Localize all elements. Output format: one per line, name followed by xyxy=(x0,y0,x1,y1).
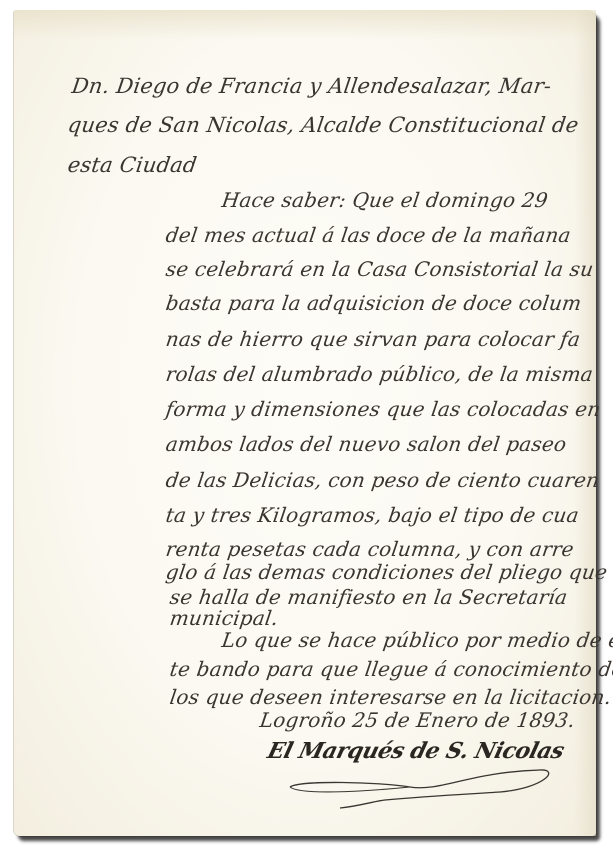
body-line: del mes actual á las doce de la mañana xyxy=(164,223,572,247)
body-line: se celebrará en la Casa Consistorial la … xyxy=(164,257,595,281)
signature: El Marqués de S. Nicolas xyxy=(265,738,567,764)
heading-line-1: Dn. Diego de Francia y Allendesalazar, M… xyxy=(70,74,553,98)
heading-line-3: esta Ciudad xyxy=(66,153,198,177)
body-line: los que deseen interesarse en la licitac… xyxy=(168,685,613,709)
heading-line-2: ques de San Nicolas, Alcalde Constitucio… xyxy=(66,113,580,137)
body-line: te bando para que llegue á conocimiento … xyxy=(168,657,613,681)
body-line: rolas del alumbrado público, de la misma xyxy=(164,362,594,386)
body-line: glo á las demas condiciones del pliego q… xyxy=(164,560,609,584)
body-line: de las Delicias, con peso de ciento cuar… xyxy=(164,468,601,492)
body-line: basta para la adquisicion de doce colum xyxy=(164,291,583,315)
body-line: forma y dimensiones que las colocadas en xyxy=(164,397,602,421)
body-line: ambos lados del nuevo salon del paseo xyxy=(164,432,568,456)
place-date: Logroño 25 de Enero de 1893. xyxy=(258,708,576,732)
body-line: ta y tres Kilogramos, bajo el tipo de cu… xyxy=(164,503,580,527)
body-line: Hace saber: Que el domingo 29 xyxy=(220,188,549,212)
body-line: Lo que se hace público por medio de es xyxy=(220,628,613,652)
body-line: renta pesetas cada columna, y con arre xyxy=(164,537,575,561)
body-line: municipal. xyxy=(168,606,280,630)
body-line: nas de hierro que sirvan para colocar fa xyxy=(164,327,582,351)
